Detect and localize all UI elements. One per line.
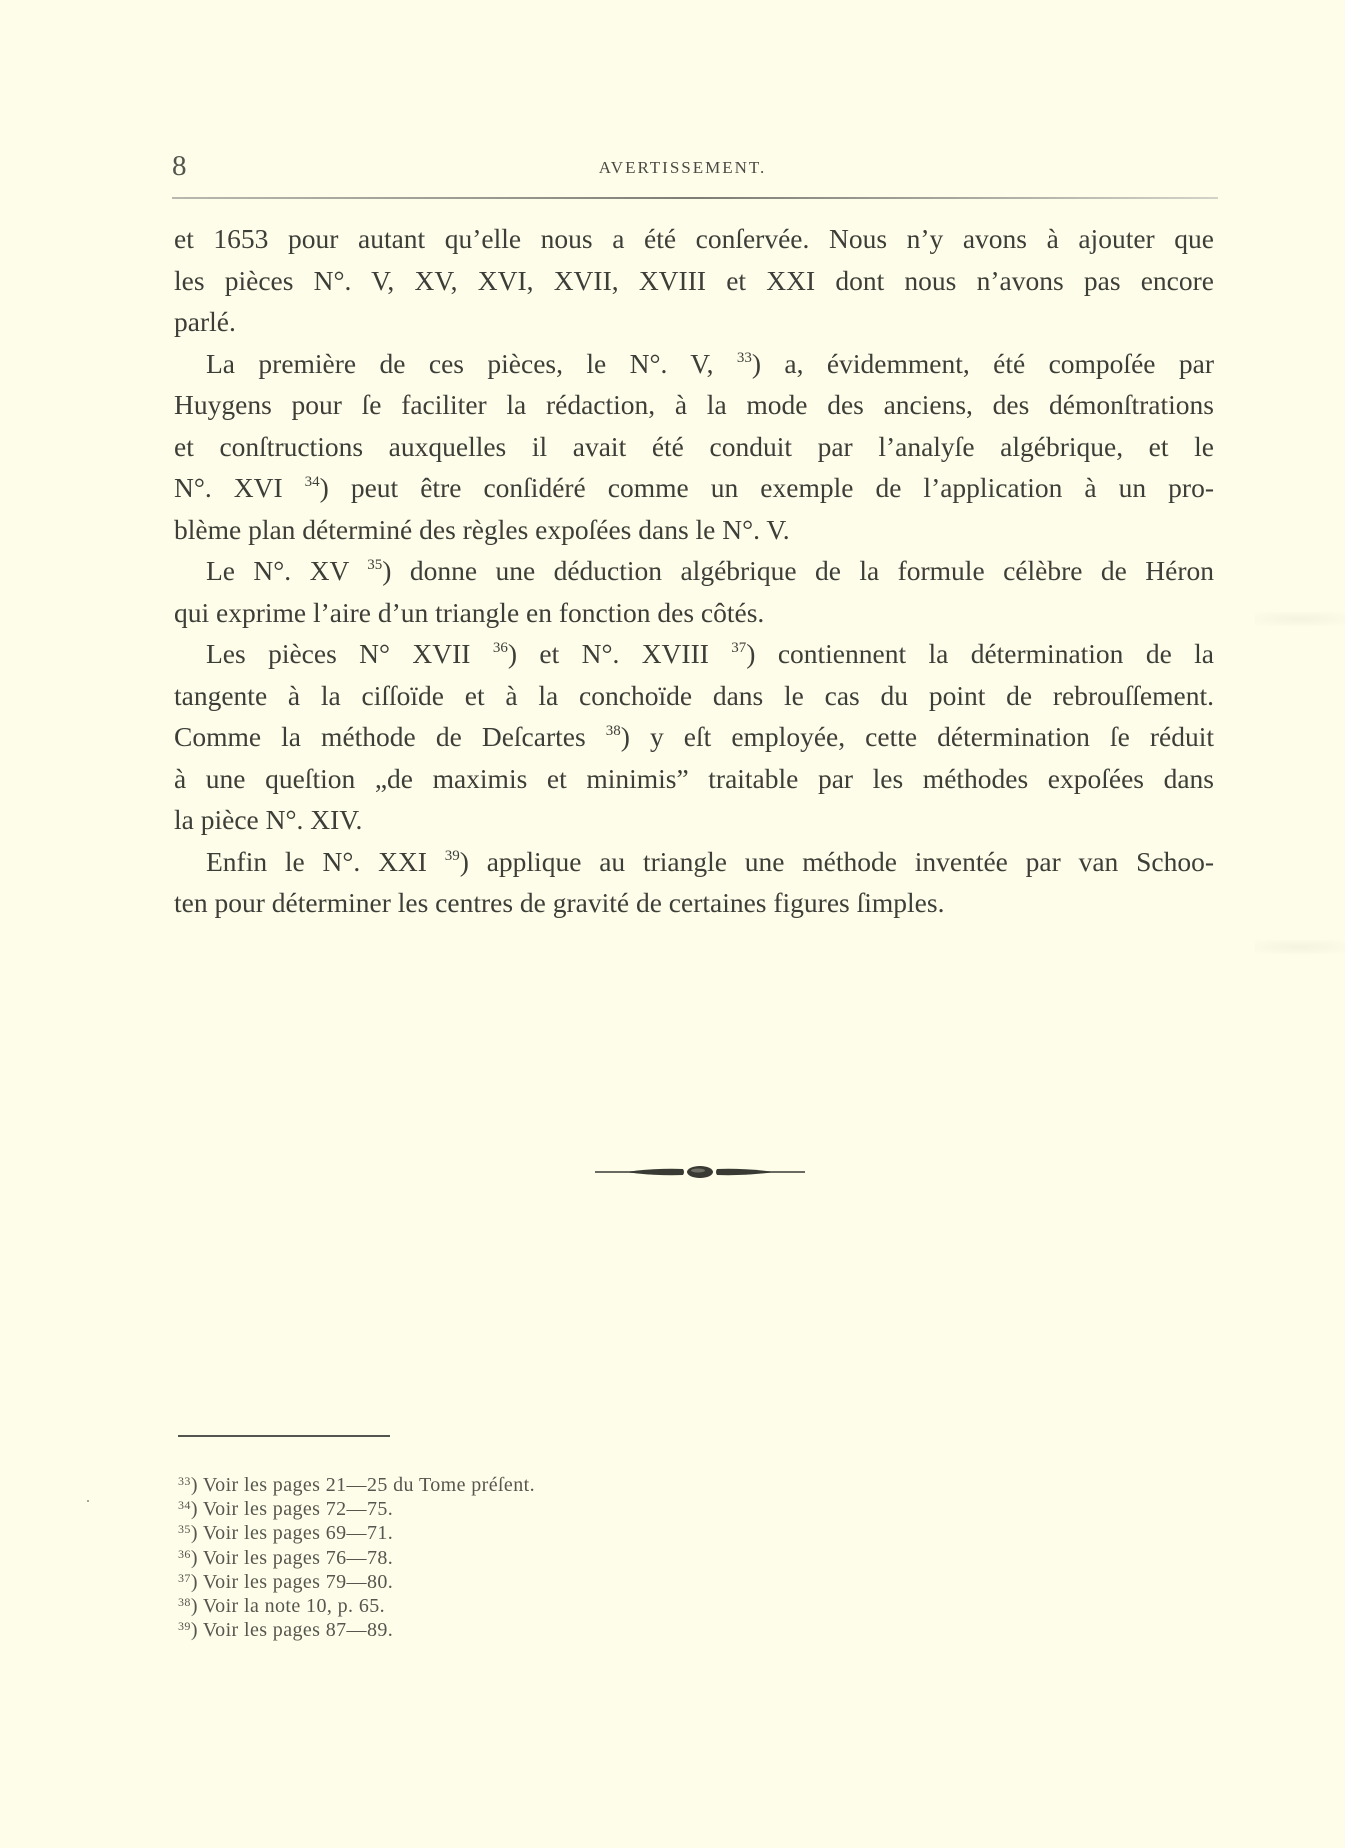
- footnote-number: 37: [178, 1571, 191, 1585]
- text-segment: Enfin le N°. XXI: [206, 846, 445, 877]
- footnote-text: ) Voir les pages 21—25 du Tome préſent.: [191, 1474, 535, 1496]
- footnote-ref-34[interactable]: 34: [305, 474, 320, 490]
- footnote-text: ) Voir les pages 69—71.: [191, 1522, 393, 1544]
- text-line: parlé.: [174, 301, 1214, 343]
- scan-speck: [87, 1500, 89, 1502]
- scan-smudge: [1255, 940, 1345, 954]
- footnote-ref-36[interactable]: 36: [493, 640, 508, 656]
- text-segment: ) peut être conſidéré comme un exemple d…: [320, 472, 1214, 503]
- paragraph-start-line: Les pièces N° XVII 36) et N°. XVIII 37) …: [174, 633, 1214, 675]
- footnote-text: ) Voir les pages 79—80.: [191, 1571, 393, 1593]
- paragraph-start-line: La première de ces pièces, le N°. V, 33)…: [174, 343, 1214, 385]
- text-segment: ) a, évidemment, été compoſée par: [752, 348, 1214, 379]
- footnote-text: ) Voir la note 10, p. 65.: [191, 1595, 385, 1617]
- running-head: AVERTISSEMENT.: [0, 158, 1345, 178]
- footnote-text: ) Voir les pages 76—78.: [191, 1547, 393, 1569]
- text-line: et 1653 pour autant qu’elle nous a été c…: [174, 218, 1214, 260]
- paragraph-start-line: Enfin le N°. XXI 39) applique au triangl…: [174, 841, 1214, 883]
- footnote-ref-35[interactable]: 35: [367, 557, 382, 573]
- text-segment: N°. XVI: [174, 472, 305, 503]
- text-segment: Comme la méthode de Deſcartes: [174, 721, 606, 752]
- text-line: Comme la méthode de Deſcartes 38) y eſt …: [174, 716, 1214, 758]
- text-line: N°. XVI 34) peut être conſidéré comme un…: [174, 467, 1214, 509]
- footnote-number: 36: [178, 1547, 191, 1561]
- footnote-number: 39: [178, 1619, 191, 1633]
- text-line: qui exprime l’aire d’un triangle en fonc…: [174, 592, 1214, 634]
- text-line: les pièces N°. V, XV, XVI, XVII, XVIII e…: [174, 260, 1214, 302]
- footnote-text: ) Voir les pages 87—89.: [191, 1619, 393, 1641]
- text-segment: ) et N°. XVIII: [508, 638, 731, 669]
- footnote-rule: [178, 1435, 390, 1437]
- text-line: Huygens pour ſe faciliter la rédaction, …: [174, 384, 1214, 426]
- footnote-37: 37) Voir les pages 79—80.: [178, 1570, 535, 1594]
- footnote-ref-38[interactable]: 38: [606, 723, 621, 739]
- footnote-39: 39) Voir les pages 87—89.: [178, 1618, 535, 1642]
- text-segment: Les pièces N° XVII: [206, 638, 493, 669]
- text-segment: ) y eſt employée, cette détermination ſe…: [621, 721, 1214, 752]
- text-line: et conſtructions auxquelles il avait été…: [174, 426, 1214, 468]
- footnote-number: 35: [178, 1522, 191, 1536]
- header-rule: [172, 197, 1218, 199]
- footnote-number: 34: [178, 1498, 191, 1512]
- footnote-ref-39[interactable]: 39: [445, 848, 460, 864]
- paragraph-start-line: Le N°. XV 35) donne une déduction algébr…: [174, 550, 1214, 592]
- scan-smudge: [1255, 612, 1345, 626]
- text-segment: ) applique au triangle une méthode inven…: [460, 846, 1214, 877]
- footnote-34: 34) Voir les pages 72—75.: [178, 1497, 535, 1521]
- text-segment: ) contiennent la détermination de la: [746, 638, 1214, 669]
- footnote-ref-33[interactable]: 33: [737, 350, 752, 366]
- body-text: et 1653 pour autant qu’elle nous a été c…: [174, 218, 1214, 924]
- footnote-number: 38: [178, 1595, 191, 1609]
- footnotes: 33) Voir les pages 21—25 du Tome préſent…: [178, 1473, 535, 1642]
- footnote-number: 33: [178, 1474, 191, 1488]
- text-segment: ) donne une déduction algébrique de la f…: [382, 555, 1214, 586]
- footnote-38: 38) Voir la note 10, p. 65.: [178, 1594, 535, 1618]
- text-line: blème plan déterminé des règles expoſées…: [174, 509, 1214, 551]
- text-line: tangente à la ciſſoïde et à la conchoïde…: [174, 675, 1214, 717]
- text-segment: Le N°. XV: [206, 555, 367, 586]
- footnote-36: 36) Voir les pages 76—78.: [178, 1546, 535, 1570]
- footnote-text: ) Voir les pages 72—75.: [191, 1498, 393, 1520]
- text-segment: La première de ces pièces, le N°. V,: [206, 348, 737, 379]
- fleuron-divider-icon: [595, 1164, 805, 1180]
- footnote-ref-37[interactable]: 37: [731, 640, 746, 656]
- text-line: la pièce N°. XIV.: [174, 799, 1214, 841]
- text-line: ten pour déterminer les centres de gravi…: [174, 882, 1214, 924]
- footnote-35: 35) Voir les pages 69—71.: [178, 1521, 535, 1545]
- footnote-33: 33) Voir les pages 21—25 du Tome préſent…: [178, 1473, 535, 1497]
- text-line: à une queſtion „de maximis et minimis” t…: [174, 758, 1214, 800]
